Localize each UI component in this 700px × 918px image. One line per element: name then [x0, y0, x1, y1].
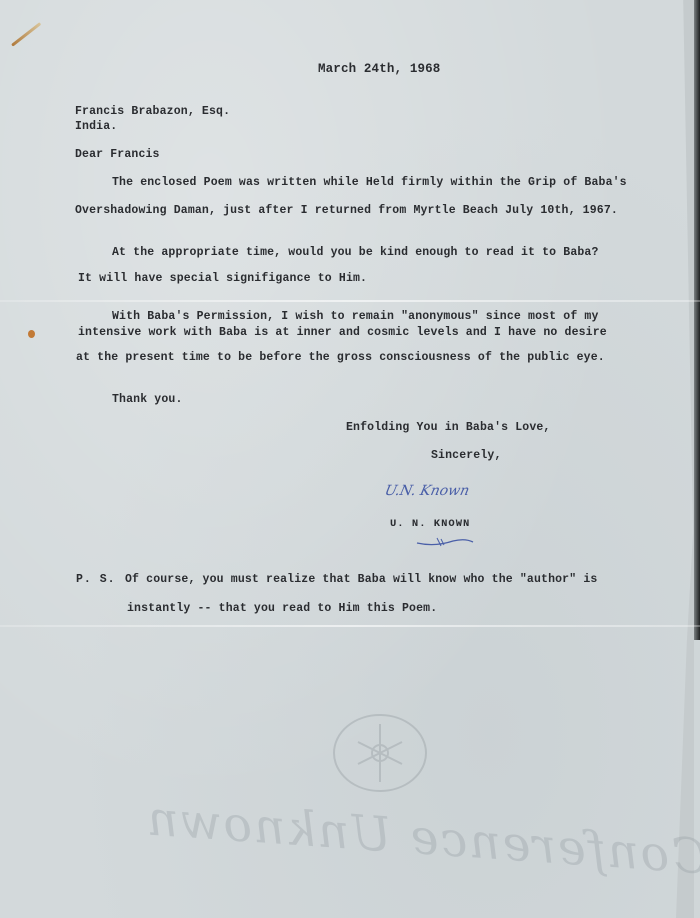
paragraph-line: at the present time to be before the gro…	[76, 351, 605, 364]
letter-page: March 24th, 1968 Francis Brabazon, Esq. …	[0, 0, 700, 918]
postscript-label: P. S.	[76, 573, 116, 586]
watermark-text: Conference Unknown	[144, 790, 700, 885]
closing-line: Enfolding You in Baba's Love,	[346, 421, 550, 434]
paragraph-line: At the appropriate time, would you be ki…	[112, 246, 599, 259]
page-edge-shadow	[694, 0, 700, 640]
fold-line	[0, 625, 700, 627]
underlying-sheet	[676, 0, 694, 918]
paragraph-line: The enclosed Poem was written while Held…	[112, 176, 627, 189]
typed-name: U. N. KNOWN	[390, 518, 470, 530]
paragraph-line: With Baba's Permission, I wish to remain…	[112, 310, 599, 323]
postscript-line: instantly -- that you read to Him this P…	[127, 602, 437, 615]
paragraph-line: It will have special signifigance to Him…	[78, 272, 367, 285]
fold-line	[0, 300, 700, 302]
signature-flourish-icon	[415, 535, 475, 547]
postscript-line: Of course, you must realize that Baba wi…	[125, 573, 597, 586]
sign-off: Sincerely,	[431, 449, 502, 462]
recipient-name: Francis Brabazon, Esq.	[75, 105, 230, 118]
seal-emblem-icon	[330, 712, 430, 794]
rust-spot	[28, 330, 35, 338]
thanks-line: Thank you.	[112, 393, 183, 406]
paragraph-line: intensive work with Baba is at inner and…	[78, 326, 607, 339]
letter-date: March 24th, 1968	[318, 62, 440, 76]
recipient-location: India.	[75, 120, 117, 133]
staple-mark-icon	[11, 22, 41, 47]
salutation: Dear Francis	[75, 148, 160, 161]
paragraph-line: Overshadowing Daman, just after I return…	[75, 204, 618, 217]
handwritten-signature: U.N. Known	[383, 483, 471, 499]
